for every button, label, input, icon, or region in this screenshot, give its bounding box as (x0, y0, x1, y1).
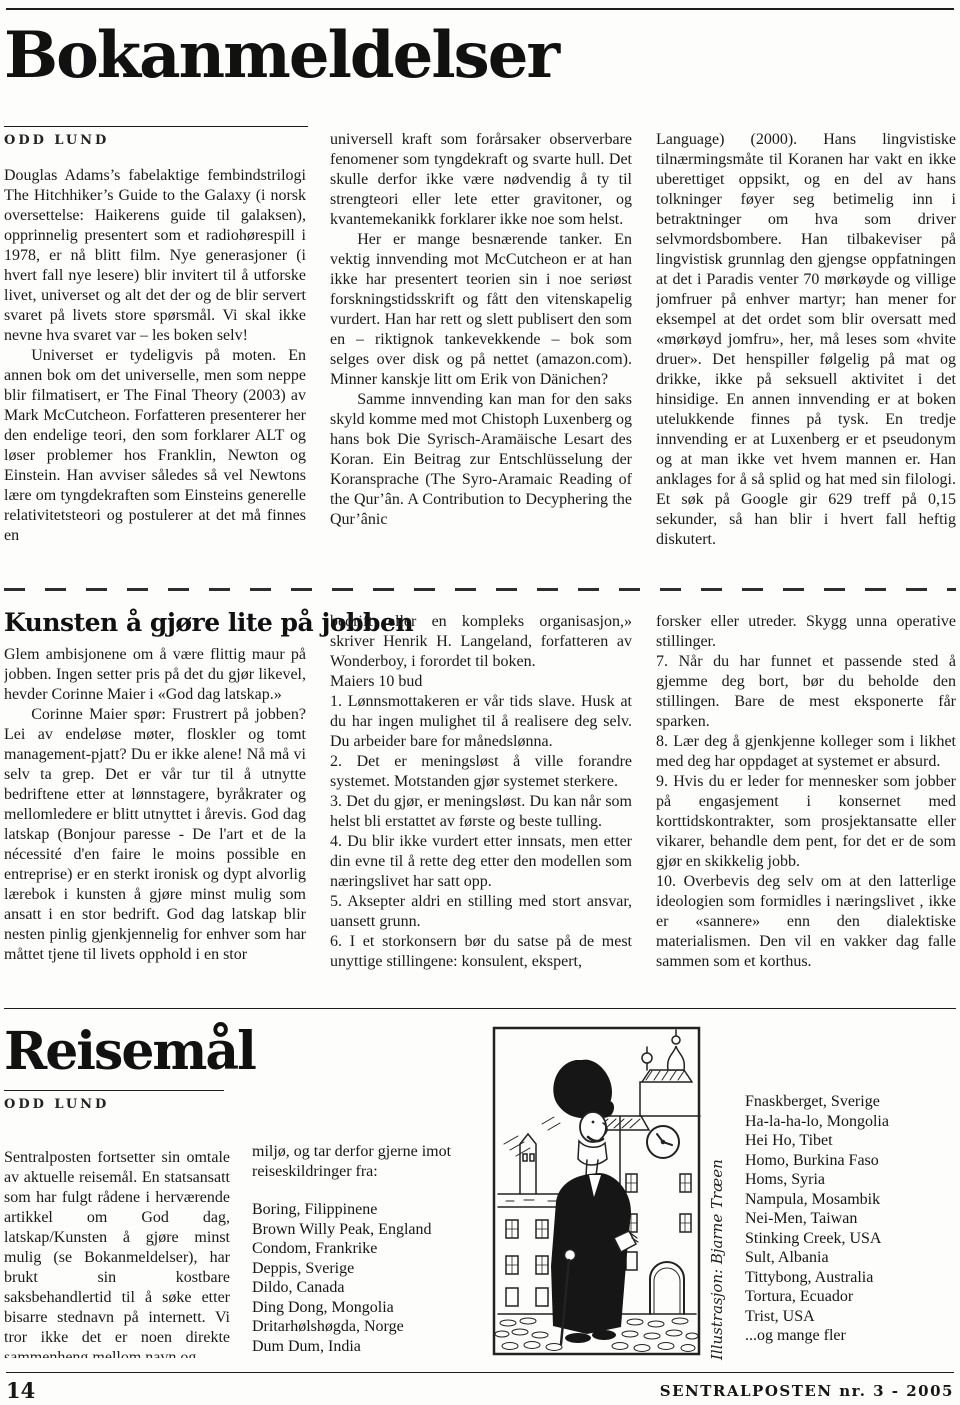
reisemal-list-column-left: miljø, og tar derfor gjerne imot reisesk… (252, 1142, 484, 1358)
destination-item: Nei-Men, Taiwan (745, 1209, 957, 1229)
byline-bokanmeldelser: ODD LUND (4, 133, 109, 148)
destination-item: ...og mange fler (745, 1326, 957, 1346)
byline-reisemal: ODD LUND (4, 1097, 109, 1112)
paragraph: Sentralposten fortsetter sin omtale av a… (4, 1148, 230, 1358)
paragraph: 5. Aksepter aldri en stilling med stort … (330, 892, 632, 932)
destination-item: Tittybong, Australia (745, 1268, 957, 1288)
paragraph: 7. Når du har funnet et passende sted å … (656, 652, 956, 732)
destination-item: Stinking Creek, USA (745, 1229, 957, 1249)
dashed-divider (4, 588, 956, 591)
paragraph: Maiers 10 bud (330, 672, 632, 692)
destination-list-left: Boring, FilippineneBrown Willy Peak, Eng… (252, 1200, 484, 1356)
destination-item: Homo, Burkina Faso (745, 1151, 957, 1171)
destination-item: Ding Dong, Mongolia (252, 1298, 484, 1318)
paragraph: 2. Det er meningsløst å ville forandre s… (330, 752, 632, 792)
destination-item: Condom, Frankrike (252, 1239, 484, 1259)
paragraph: Corinne Maier spør: Frustrert på jobben?… (4, 705, 306, 965)
section-divider-rule (4, 1008, 956, 1009)
destination-list-right: Fnaskberget, SverigeHa-la-ha-lo, Mongoli… (745, 1092, 957, 1346)
destination-item: Fnaskberget, Sverige (745, 1092, 957, 1112)
illustration-caption: Illustrasjon: Bjarne Træen (708, 1055, 726, 1360)
paragraph: miljø, og tar derfor gjerne imot reisesk… (252, 1142, 484, 1182)
destination-item: Nampula, Mosambik (745, 1190, 957, 1210)
kunsten-column-2: bedrift eller en kompleks organisasjon,»… (330, 612, 632, 1005)
paragraph: 4. Du blir ikke vurdert etter innsats, m… (330, 832, 632, 892)
paragraph: 1. Lønnsmottakeren er vår tids slave. Hu… (330, 692, 632, 752)
top-page-rule (6, 8, 954, 10)
destination-item: Brown Willy Peak, England (252, 1220, 484, 1240)
bok-column-1: Douglas Adams’s fabelaktige fembindstril… (4, 166, 306, 586)
destination-item: Sult, Albania (745, 1248, 957, 1268)
destination-item: Homs, Syria (745, 1170, 957, 1190)
page-title-bokanmeldelser: Bokanmeldelser (4, 24, 558, 88)
destination-item: Hei Ho, Tibet (745, 1131, 957, 1151)
journal-footer: SENTRALPOSTEN nr. 3 - 2005 (660, 1382, 954, 1400)
kunsten-column-1: Glem ambisjonene om å være flittig maur … (4, 645, 306, 1005)
byline-rule-2 (4, 1090, 224, 1091)
destination-item: Dritarhølshøgda, Norge (252, 1317, 484, 1337)
byline-rule-1 (4, 126, 308, 127)
destination-item: Dum Dum, India (252, 1337, 484, 1357)
bok-column-3: Language) (2000). Hans lingvistiske tiln… (656, 130, 956, 586)
paragraph: bedrift eller en kompleks organisasjon,»… (330, 612, 632, 672)
destination-item: Dildo, Canada (252, 1278, 484, 1298)
paragraph: 3. Det du gjør, er meningsløst. Du kan n… (330, 792, 632, 832)
paragraph: 6. I et storkonsern bør du satse på de m… (330, 932, 632, 972)
kunsten-column-3: forsker eller utreder. Skygg unna operat… (656, 612, 956, 1005)
paragraph: forsker eller utreder. Skygg unna operat… (656, 612, 956, 652)
paragraph: Douglas Adams’s fabelaktige fembindstril… (4, 166, 306, 346)
page-title-reisemal: Reisemål (4, 1026, 255, 1078)
paragraph: 10. Overbevis deg selv om at den latterl… (656, 872, 956, 972)
bok-column-2: universell kraft som forårsaker observer… (330, 130, 632, 586)
page-number: 14 (6, 1378, 35, 1403)
destination-item: Ha-la-ha-lo, Mongolia (745, 1112, 957, 1132)
destination-item: Tortura, Ecuador (745, 1287, 957, 1307)
paragraph: Universet er tydeligvis på moten. En ann… (4, 346, 306, 546)
paragraph: 8. Lær deg å gjenkjenne kolleger som i l… (656, 732, 956, 772)
street-illustration (490, 1024, 704, 1360)
paragraph: 9. Hvis du er leder for mennesker som jo… (656, 772, 956, 872)
paragraph: Language) (2000). Hans lingvistiske tiln… (656, 130, 956, 550)
destination-item: Boring, Filippinene (252, 1200, 484, 1220)
footer-rule (6, 1372, 954, 1373)
destination-item: Deppis, Sverige (252, 1259, 484, 1279)
reisemal-intro-column: Sentralposten fortsetter sin omtale av a… (4, 1148, 230, 1358)
paragraph: Samme innvending kan man for den saks sk… (330, 390, 632, 530)
destination-item: Trist, USA (745, 1307, 957, 1327)
paragraph: universell kraft som forårsaker observer… (330, 130, 632, 230)
paragraph: Glem ambisjonene om å være flittig maur … (4, 645, 306, 705)
magazine-page: Bokanmeldelser ODD LUND Douglas Adams’s … (0, 0, 960, 1405)
reisemal-list-column-right: Fnaskberget, SverigeHa-la-ha-lo, Mongoli… (745, 1092, 957, 1358)
paragraph: Her er mange besnærende tanker. En vekti… (330, 230, 632, 390)
